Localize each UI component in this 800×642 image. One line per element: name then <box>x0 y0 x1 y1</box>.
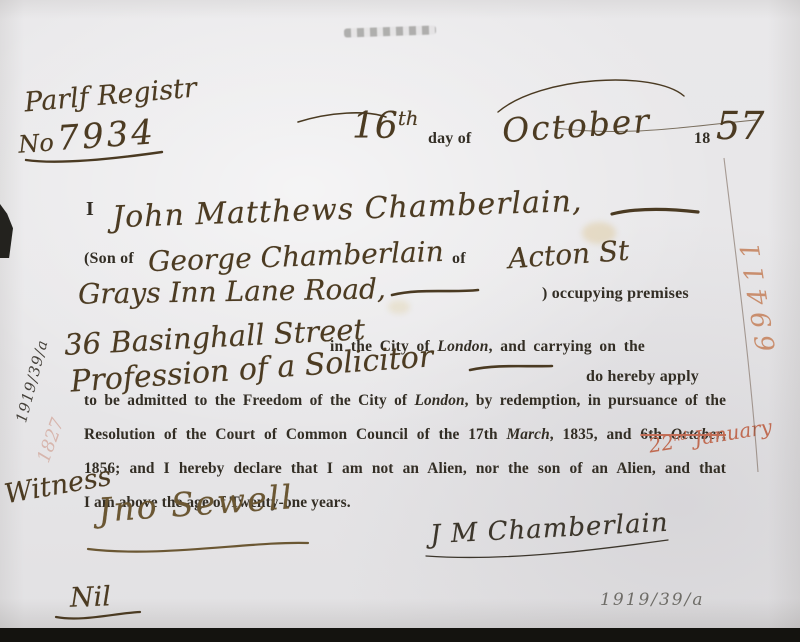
bottom-right-reference: 1919/39/a <box>600 590 705 610</box>
paragraph-line: Resolution of the Court of Common Counci… <box>84 420 726 454</box>
text-segment: London <box>437 338 488 355</box>
paper-stain <box>388 300 410 314</box>
date-day: 16th <box>352 106 419 147</box>
paragraph-line: to be admitted to the Freedom of the Cit… <box>84 386 726 420</box>
text-segment: 1856; and I hereby declare that I am not… <box>84 460 726 477</box>
text-segment: March <box>507 426 550 443</box>
printed-i: I <box>86 198 94 221</box>
text-segment: , and carrying on the <box>489 338 645 355</box>
register-no-prefix: No <box>17 128 54 158</box>
paragraph-line: 1856; and I hereby declare that I am not… <box>84 454 726 488</box>
text-segment: Resolution of the Court of Common Counci… <box>84 426 507 443</box>
nil-note: Nil <box>69 581 111 613</box>
occupying-label: ) occupying premises <box>542 285 689 303</box>
register-number: 7934 <box>56 112 157 159</box>
printed-day-of: day of <box>428 130 471 148</box>
son-of-label: (Son of <box>84 250 134 268</box>
scanned-document: { "page": { "archival": { "register_labe… <box>0 0 800 642</box>
of-label: of <box>452 250 466 268</box>
date-year: 57 <box>716 104 764 148</box>
text-segment: to be admitted to the Freedom of the Cit… <box>84 392 414 409</box>
scan-edge-bottom <box>0 628 800 642</box>
text-segment: London <box>414 392 464 409</box>
father-address-line2: Grays Inn Lane Road, <box>78 272 386 310</box>
printed-century: 18 <box>694 130 710 148</box>
text-segment: , 1835, and <box>550 426 641 443</box>
text-segment: , by redemption, in pursuance of the <box>465 392 726 409</box>
printed-hereby-apply: do hereby apply <box>586 368 699 386</box>
